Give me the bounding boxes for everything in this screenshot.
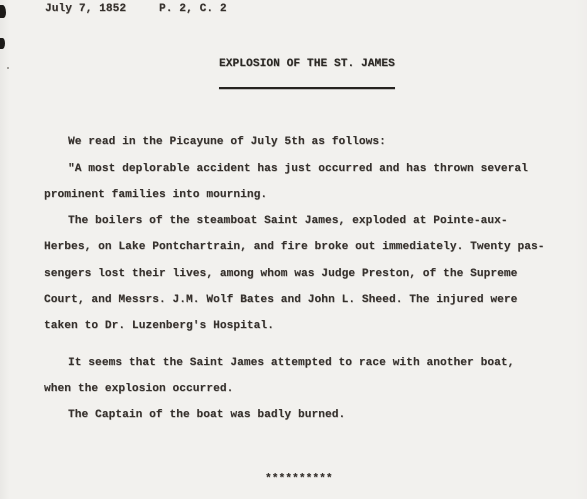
- document-title: EXPLOSION OF THE ST. JAMES: [219, 58, 395, 71]
- body-line: taken to Dr. Luzenberg's Hospital.: [44, 320, 274, 333]
- body-line: Herbes, on Lake Pontchartrain, and fire …: [44, 241, 545, 254]
- paper-edge-mark: [0, 5, 6, 18]
- title-underline-rule: [219, 87, 395, 89]
- body-line: sengers lost their lives, among whom was…: [44, 268, 517, 281]
- paper-speck: [7, 67, 9, 69]
- document-page: July 7, 1852 P. 2, C. 2 EXPLOSION OF THE…: [0, 0, 587, 499]
- body-line: "A most deplorable accident has just occ…: [68, 163, 528, 176]
- paper-edge-mark: [0, 38, 5, 49]
- body-line: The boilers of the steamboat Saint James…: [68, 215, 508, 228]
- body-line: The Captain of the boat was badly burned…: [68, 409, 345, 422]
- body-line: when the explosion occurred.: [44, 383, 233, 396]
- header-page-reference: P. 2, C. 2: [159, 3, 227, 16]
- body-line: We read in the Picayune of July 5th as f…: [68, 136, 386, 149]
- body-line: It seems that the Saint James attempted …: [68, 357, 514, 370]
- body-line: Court, and Messrs. J.M. Wolf Bates and J…: [44, 294, 517, 307]
- body-line: prominent families into mourning.: [44, 189, 267, 202]
- header-date: July 7, 1852: [45, 3, 126, 16]
- footer-separator-asterisks: **********: [265, 473, 333, 486]
